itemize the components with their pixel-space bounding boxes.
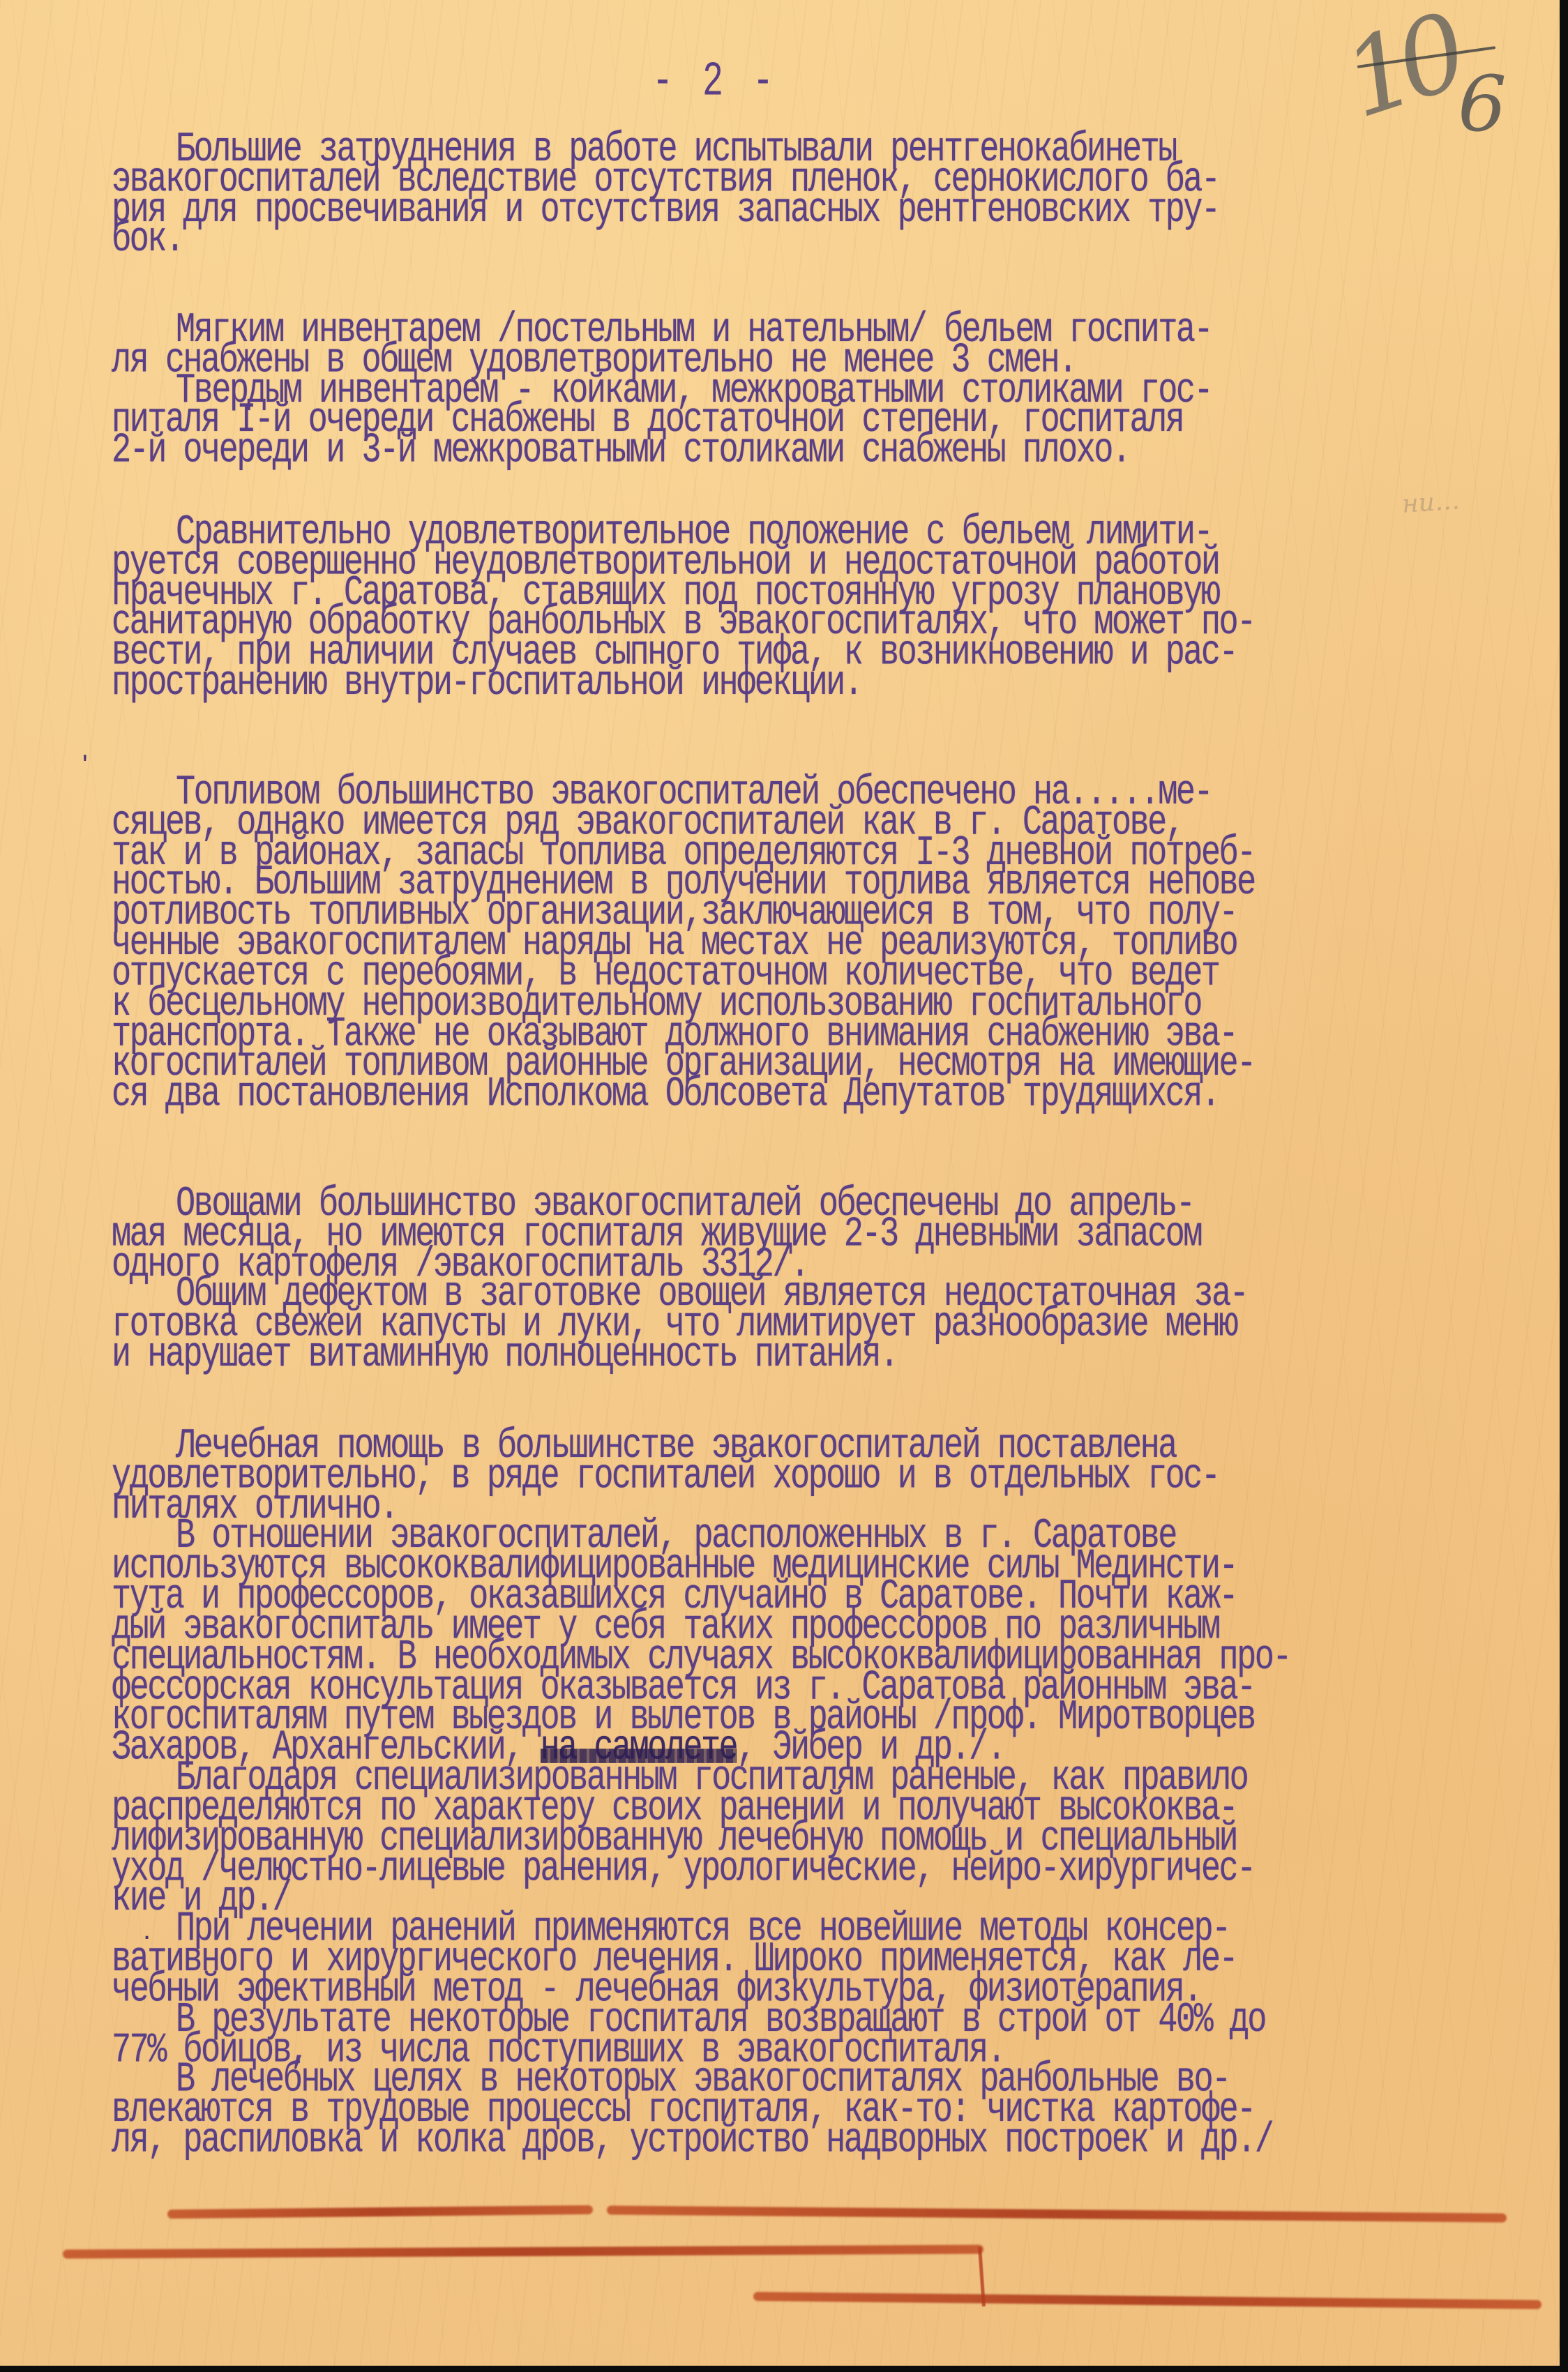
text-line: уход /челюстно-лицевые ранения, урологич…	[112, 1854, 1535, 1884]
text-line: 2-й очереди и 3-й межкроватными столикам…	[112, 437, 1535, 467]
margin-pencil-note: ни…	[1401, 486, 1461, 519]
paragraph-fuel: Топливом большинство эвакогоспиталей обе…	[112, 778, 1535, 1110]
text-line: пространению внутри-госпитальной инфекци…	[112, 670, 1535, 700]
page-number: - 2 -	[652, 54, 778, 110]
text-line: ся два постановления Исполкома Облсовета…	[112, 1080, 1535, 1110]
paragraph-inventory: Мягким инвентарем /постельным и нательны…	[112, 316, 1535, 467]
paragraph-laundry: Сравнительно удовлетворительное положени…	[112, 518, 1535, 700]
red-underline-3	[63, 2245, 983, 2259]
document-page: - 2 - 10 6 ни… Большие затруднения в раб…	[0, 0, 1560, 2366]
text-line: и нарушает витаминную полноценность пита…	[112, 1341, 1535, 1371]
margin-tick-mark: .	[143, 1914, 151, 1946]
text-line: ля, распиловка и колка дров, устройство …	[112, 2127, 1535, 2156]
red-underline-1	[167, 2205, 593, 2219]
red-underline-4	[753, 2292, 1541, 2309]
struck-out-text: на самолете	[541, 1734, 737, 1764]
paragraph-xray: Большие затруднения в работе испытывали …	[112, 135, 1535, 256]
red-underline-2	[607, 2205, 1507, 2222]
margin-tick-mark: '	[82, 750, 88, 781]
text-line: рия для просвечивания и отсутствия запас…	[112, 196, 1535, 226]
paragraph-medical: Лечебная помощь в большинстве эвакогоспи…	[112, 1432, 1535, 2156]
folio-number-crossed-out: 10	[1330, 0, 1470, 142]
paragraph-vegetables: Овощами большинство эвакогоспиталей обес…	[112, 1190, 1535, 1371]
